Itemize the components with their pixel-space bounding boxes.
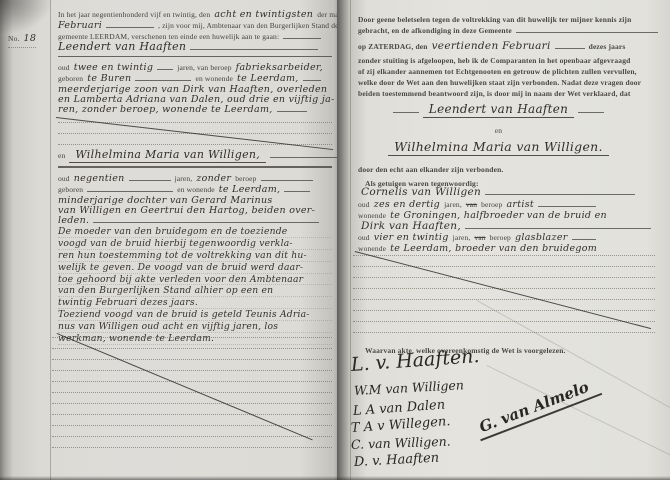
marriage-record-scan: No. 18 In het jaar negentienhonderd vijf… — [0, 0, 670, 480]
consent-line: van den Burgerlijken Stand alhier op een… — [58, 285, 332, 297]
printed-text: geboren — [58, 74, 83, 83]
consent-line: toe gehoord bij akte verleden voor den A… — [58, 274, 332, 286]
margin-number-underline — [8, 47, 36, 48]
printed-text: wonende — [358, 244, 386, 253]
ruled-line — [353, 255, 655, 256]
printed-text: beroep — [490, 233, 511, 242]
groom-detail-5: ren, zonder beroep, wonende te Leerdam, — [58, 103, 307, 115]
printed-text: dezes jaars — [589, 42, 626, 51]
bond-line: door den echt aan elkander zijn verbonde… — [358, 163, 503, 175]
ruled-line — [353, 321, 655, 322]
margin-number-label: No. — [8, 34, 20, 43]
margin-number-value: 18 — [24, 33, 37, 44]
right-bride-name-line: Wilhelmina Maria van Willigen. — [337, 138, 660, 156]
right-date-line: op ZATERDAG, den veertienden Februari de… — [358, 40, 625, 52]
ruled-line — [353, 299, 655, 300]
fill-rule — [485, 187, 635, 195]
fill-rule — [270, 150, 337, 158]
fill-rule — [157, 62, 173, 70]
printed-text: wonende — [358, 211, 386, 220]
printed-text: Door geene beletselen tegen de voltrekki… — [358, 15, 631, 24]
ruled-line — [52, 425, 332, 426]
ruled-line — [52, 403, 332, 404]
fill-rule — [516, 25, 658, 33]
fill-rule — [135, 73, 191, 81]
printed-text: en wonende — [177, 185, 215, 194]
printed-text: of zij elkander aannemen tot Echtgenoote… — [358, 67, 637, 76]
scan-corner-shadow — [0, 0, 52, 34]
fill-rule — [555, 41, 585, 49]
printed-text: In het jaar negentienhonderd vijf en twi… — [58, 10, 210, 19]
right-intro-2: gebracht, en de afkondiging in deze Geme… — [358, 24, 658, 36]
margin-number: No. 18 — [8, 32, 36, 44]
groom-name-handwritten: Leendert van Haaften — [423, 102, 574, 118]
consent-paragraph: De moeder van den bruidegom en de toezie… — [58, 226, 332, 345]
printed-text: beroep — [235, 174, 256, 183]
consent-line: twintig Februari dezes jaars. — [58, 297, 332, 309]
printed-text: jaren, van beroep — [177, 63, 231, 72]
fill-rule — [106, 20, 154, 28]
printed-text: oud — [58, 63, 70, 72]
signature-bride: W.M van Willigen — [354, 377, 465, 398]
right-page-margin-line — [350, 0, 351, 480]
ruled-line — [52, 337, 332, 338]
printed-text: jaren, — [175, 174, 193, 183]
fill-rule — [393, 105, 419, 113]
fill-rule — [87, 184, 173, 192]
scan-bottom-shadow — [0, 476, 670, 480]
fill-rule — [578, 105, 604, 113]
fill-rule — [303, 73, 321, 81]
fill-rule — [538, 199, 596, 207]
printed-text: geboren — [58, 185, 83, 194]
ruled-line — [52, 447, 332, 448]
fill-rule — [261, 173, 313, 181]
printed-text-struck: van — [466, 200, 477, 209]
ruled-line — [52, 370, 332, 371]
signature-witness2: D. v. Haaften — [354, 451, 440, 470]
page-left: No. 18 In het jaar negentienhonderd vijf… — [0, 0, 337, 480]
right-body-4: beiden toestemmend beantwoord zijn, is d… — [358, 87, 631, 99]
ruled-line — [353, 266, 655, 267]
consent-line: voogd van de bruid hierbij tegenwoordig … — [58, 238, 332, 250]
fill-rule — [572, 232, 596, 240]
witness2-detail-2: wonende te Leerdam, broeder van den brui… — [358, 242, 597, 254]
ruled-line — [353, 277, 655, 278]
printed-text: beiden toestemmend beantwoord zijn, is d… — [358, 89, 631, 98]
witness2-name-line: Dirk van Haaften, — [361, 220, 651, 231]
consent-line: Toeziend voogd van de bruid is geteld Te… — [58, 309, 332, 321]
bride-name-line: en Wilhelmina Maria van Willigen, — [58, 149, 337, 161]
consent-line: werkman, wonende te Leerdam. — [58, 333, 332, 345]
right-conjunction: en — [337, 120, 660, 138]
fill-rule — [284, 184, 310, 192]
printed-text: welke door de Wet aan den huwelijken sta… — [358, 78, 641, 87]
fill-rule — [129, 173, 171, 181]
ruled-line — [52, 392, 332, 393]
ruled-line — [353, 332, 655, 333]
printed-text: en wonende — [195, 74, 233, 83]
printed-text: jaren, — [453, 233, 471, 242]
consent-line: nus van Willigen oud acht en vijftig jar… — [58, 321, 332, 333]
handwritten-text: ren, zonder beroep, wonende te Leerdam, — [58, 104, 273, 115]
signature-witness1: C. van Willigen. — [351, 434, 451, 452]
fill-rule — [93, 215, 319, 223]
handwritten-text: te Leerdam, broeder van den bruidegom — [390, 243, 597, 254]
printed-text: zonder stuiting is afgeloopen, heb ik de… — [358, 56, 630, 65]
crossout-line — [355, 251, 651, 329]
ruled-line — [353, 310, 655, 311]
groom-name-line: Leendert van Haaften — [58, 41, 318, 52]
printed-text: oud — [358, 233, 370, 242]
printed-text: der maand — [317, 10, 337, 19]
fill-rule — [190, 42, 318, 50]
bride-name-handwritten: Wilhelmina Maria van Willigen, — [69, 148, 266, 163]
bride-detail-5: leden. — [58, 214, 319, 226]
fill-rule — [277, 104, 307, 112]
handwritten-date: veertienden Februari — [432, 40, 551, 52]
separator-line — [58, 56, 332, 57]
printed-text: gebracht, en de afkondiging in deze Geme… — [358, 26, 512, 35]
bride-name-handwritten: Wilhelmina Maria van Willigen. — [388, 139, 609, 156]
ruled-line — [52, 381, 332, 382]
ruled-line — [52, 359, 332, 360]
printed-text: en — [495, 126, 502, 135]
printed-text: , zijn voor mij, Ambtenaar van den Burge… — [158, 21, 337, 30]
printed-text-struck: van — [474, 233, 485, 242]
groom-name-handwritten: Leendert van Haaften — [58, 40, 186, 53]
consent-line: welijk te geven. De voogd van de bruid w… — [58, 262, 332, 274]
printed-text: en — [58, 151, 65, 160]
fill-rule — [283, 31, 321, 39]
consent-line: De moeder van den bruidegom en de toezie… — [58, 226, 332, 238]
fill-rule — [465, 221, 651, 229]
printed-text: door den echt aan elkander zijn verbonde… — [358, 165, 503, 174]
printed-text: oud — [58, 174, 70, 183]
signature-registrar: G. van Almelo — [473, 374, 602, 441]
handwritten-text: leden. — [58, 215, 89, 226]
page-right: Door geene beletselen tegen de voltrekki… — [337, 0, 670, 480]
printed-text: oud — [358, 200, 370, 209]
ruled-line — [52, 436, 332, 437]
printed-text: jaren, — [444, 200, 462, 209]
ruled-line — [52, 414, 332, 415]
printed-text: beroep — [481, 200, 502, 209]
right-groom-name-line: Leendert van Haaften — [337, 100, 660, 118]
printed-text: op ZATERDAG, den — [358, 42, 428, 51]
consent-line: ren hun toestemming tot de voltrekking v… — [58, 250, 332, 262]
left-page-margin-line — [50, 0, 51, 480]
witness1-name-line: Cornelis van Willigen — [361, 186, 635, 197]
